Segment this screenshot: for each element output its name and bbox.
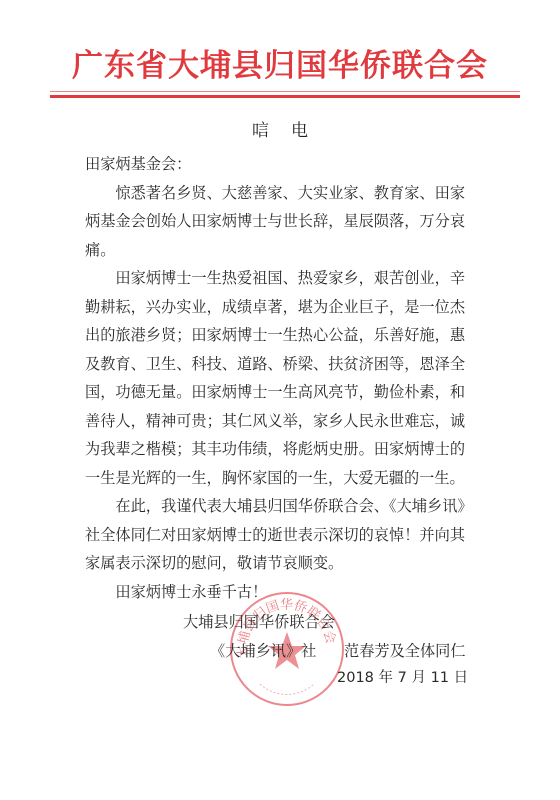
salutation: 田家炳基金会： — [85, 150, 465, 179]
letterhead-title: 广东省大埔县归国华侨联合会 — [0, 46, 560, 86]
document-title: 唁电 — [0, 116, 560, 141]
paragraph-representation: 在此，我谨代表大埔县归国华侨联合会、《大埔乡讯》社全体同仁对田家炳博士的逝世表示… — [85, 492, 465, 578]
letterhead-rule-thick — [50, 95, 520, 98]
letterhead-rule-thin — [50, 91, 520, 92]
seal-star-icon: 大埔县归国华侨联合会 — [232, 594, 342, 704]
paragraph-condolence: 惊悉著名乡贤、大慈善家、大实业家、教育家、田家炳基金会创始人田家炳博士与世长辞，… — [85, 179, 465, 265]
signature-date: 2018 年 7 月 11 日 — [337, 666, 468, 687]
official-seal-stamp: 大埔县归国华侨联合会 — [230, 592, 344, 706]
signature-names: 范春芳及全体同仁 — [344, 640, 466, 661]
letter-body: 田家炳基金会： 惊悉著名乡贤、大慈善家、大实业家、教育家、田家炳基金会创始人田家… — [85, 150, 465, 606]
paragraph-tribute: 田家炳博士一生热爱祖国、热爱家乡，艰苦创业，辛勤耕耘，兴办实业，成绩卓著，堪为企… — [85, 264, 465, 492]
